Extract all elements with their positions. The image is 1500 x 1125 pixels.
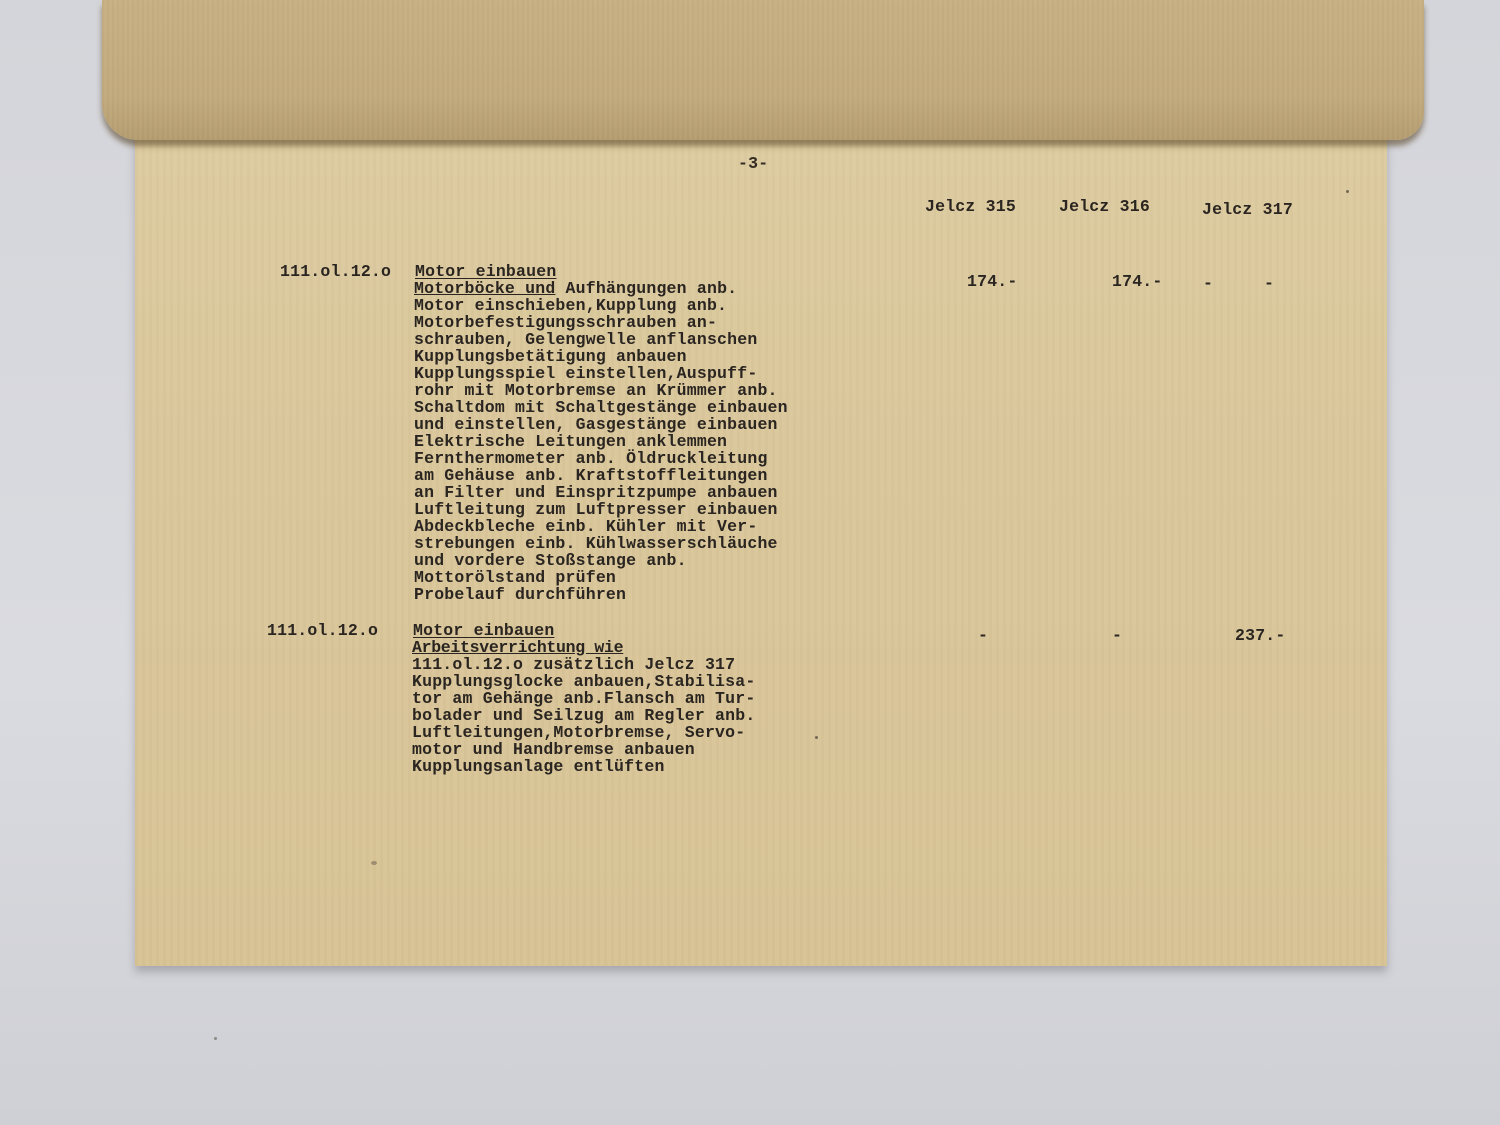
value-jelcz-316: - [1112, 627, 1122, 644]
description-line: Kupplungsspiel einstellen,Auspuff- [414, 365, 788, 382]
column-header-jelcz-315: Jelcz 315 [925, 198, 1016, 215]
paper-speck [371, 861, 377, 865]
entry-description: Motorböcke und Aufhängungen anb.Motor ei… [414, 280, 788, 603]
description-line: und vordere Stoßstange anb. [414, 552, 788, 569]
value-jelcz-315: 174.- [967, 273, 1018, 290]
description-line: Kupplungsglocke anbauen,Stabilisa- [412, 673, 755, 690]
value-jelcz-316: 174.- [1112, 273, 1163, 290]
description-line: schrauben, Gelengwelle anflanschen [414, 331, 788, 348]
paper-speck [815, 736, 818, 739]
description-line: motor und Handbremse anbauen [412, 741, 755, 758]
value-jelcz-315: - [978, 627, 988, 644]
description-line: an Filter und Einspritzpumpe anbauen [414, 484, 788, 501]
description-line: Motorbefestigungsschrauben an- [414, 314, 788, 331]
description-line: Kupplungsbetätigung anbauen [414, 348, 788, 365]
entry-title: Motor einbauen [415, 263, 556, 280]
description-line: strebungen einb. Kühlwasserschläuche [414, 535, 788, 552]
page-number: -3- [738, 155, 768, 172]
description-line: Elektrische Leitungen anklemmen [414, 433, 788, 450]
entry-title: Motor einbauen [413, 622, 554, 639]
value-jelcz-317b: - [1264, 275, 1274, 292]
description-line: Motor einschieben,Kupplung anb. [414, 297, 788, 314]
description-line: bolader und Seilzug am Regler anb. [412, 707, 755, 724]
entry-description: Arbeitsverrichtung wie111.ol.12.o zusätz… [412, 639, 755, 775]
description-line: am Gehäuse anb. Kraftstoffleitungen [414, 467, 788, 484]
description-line: 111.ol.12.o zusätzlich Jelcz 317 [412, 656, 755, 673]
entry-code: 111.ol.12.o [280, 263, 391, 280]
description-line: Abdeckbleche einb. Kühler mit Ver- [414, 518, 788, 535]
column-header-jelcz-317: Jelcz 317 [1202, 201, 1293, 218]
previous-page-curl [102, 0, 1424, 140]
description-line: Motorböcke und Aufhängungen anb. [414, 280, 788, 297]
description-line: Luftleitung zum Luftpresser einbauen [414, 501, 788, 518]
column-header-jelcz-316: Jelcz 316 [1059, 198, 1150, 215]
entry-code: 111.ol.12.o [267, 622, 378, 639]
description-line: Arbeitsverrichtung wie [412, 639, 755, 656]
value-jelcz-317: 237.- [1235, 627, 1286, 644]
description-line: Luftleitungen,Motorbremse, Servo- [412, 724, 755, 741]
description-line: Fernthermometer anb. Öldruckleitung [414, 450, 788, 467]
description-line: rohr mit Motorbremse an Krümmer anb. [414, 382, 788, 399]
description-line: Kupplungsanlage entlüften [412, 758, 755, 775]
description-line: tor am Gehänge anb.Flansch am Tur- [412, 690, 755, 707]
description-line: Probelauf durchführen [414, 586, 788, 603]
description-line: Schaltdom mit Schaltgestänge einbauen [414, 399, 788, 416]
value-jelcz-317a: - [1203, 275, 1213, 292]
paper-speck [214, 1037, 217, 1040]
paper-speck [1346, 190, 1349, 193]
description-line: und einstellen, Gasgestänge einbauen [414, 416, 788, 433]
description-line: Mottorölstand prüfen [414, 569, 788, 586]
